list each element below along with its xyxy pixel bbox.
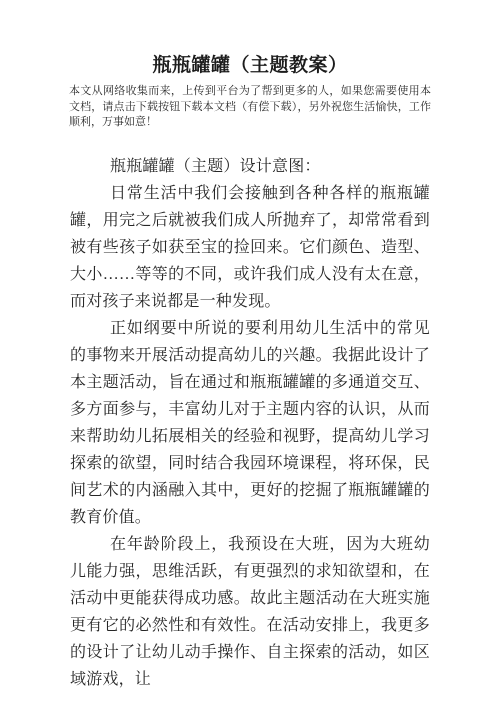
document-body: 瓶瓶罐罐（主题）设计意图： 日常生活中我们会接触到各种各样的瓶瓶罐罐，用完之后就… bbox=[70, 153, 430, 693]
document-page: 瓶瓶罐罐（主题教案） 本文从网络收集而来，上传到平台为了帮到更多的人，如果您需要… bbox=[0, 0, 500, 708]
download-disclaimer: 本文从网络收集而来，上传到平台为了帮到更多的人，如果您需要使用本文档，请点击下载… bbox=[69, 84, 431, 131]
body-paragraph: 正如纲要中所说的要利用幼儿生活中的常见的事物来开展活动提高幼儿的兴趣。我据此设计… bbox=[70, 315, 430, 531]
document-title: 瓶瓶罐罐（主题教案） bbox=[0, 52, 500, 79]
body-paragraph: 日常生活中我们会接触到各种各样的瓶瓶罐罐，用完之后就被我们成人所抛弃了，却常常看… bbox=[70, 180, 430, 315]
body-paragraph: 在年龄阶段上，我预设在大班，因为大班幼儿能力强，思维活跃，有更强烈的求知欲望和，… bbox=[70, 531, 430, 693]
body-paragraph: 瓶瓶罐罐（主题）设计意图： bbox=[70, 153, 430, 180]
